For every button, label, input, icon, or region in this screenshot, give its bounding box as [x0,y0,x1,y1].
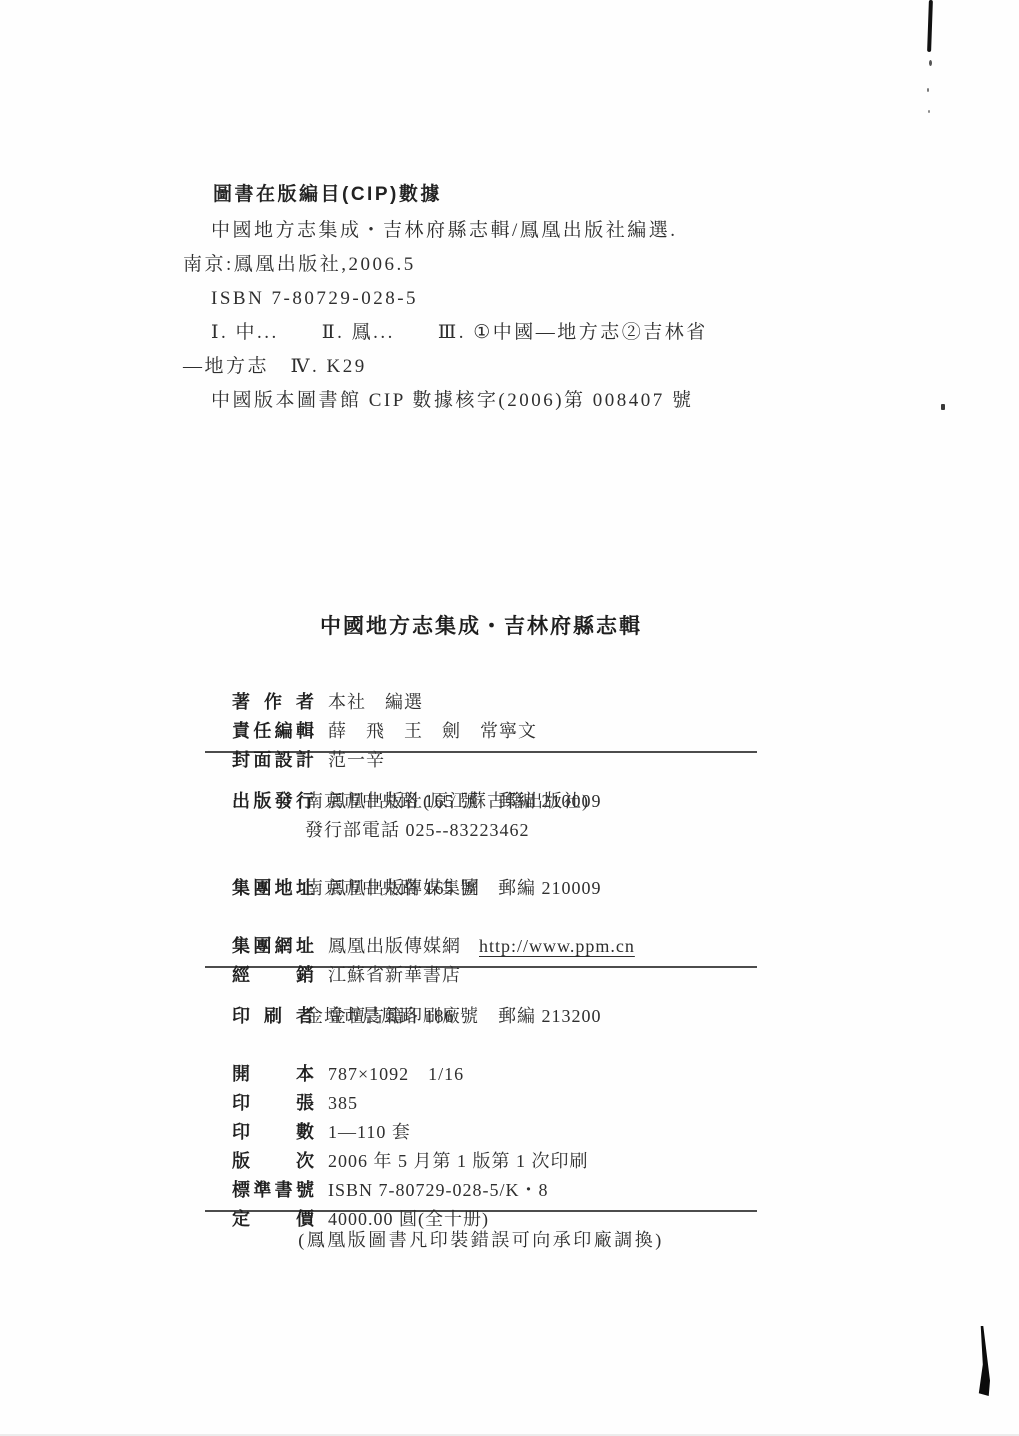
cip-line: 中國地方志集成・吉林府縣志輯/鳳凰出版社編選. [183,214,763,248]
cip-block: 圖書在版編目(CIP)數據 中國地方志集成・吉林府縣志輯/鳳凰出版社編選. 南京… [183,178,763,418]
cip-line: 南京:鳳凰出版社,2006.5 [183,248,763,282]
row-publisher-phone: 發行部電話 025--83223462 [205,816,757,845]
row-label: 開本 [232,1060,314,1089]
row-label: 集團地址 [232,874,314,903]
website-url: http://www.ppm.cn [479,936,635,956]
scan-speck [927,88,929,92]
row-group-address: 集團地址鳳凰出版傳媒集團 [205,845,757,874]
cip-classification: Ⅰ. 中... Ⅱ. 鳳... Ⅲ. ①中國—地方志②吉林省 [183,316,763,350]
scan-mark-bottom-right [974,1326,990,1396]
scan-speck [928,110,930,113]
scan-speck [941,404,945,410]
scan-mark-top-right [927,0,933,52]
cip-record-number: 中國版本圖書館 CIP 數據核字(2006)第 008407 號 [183,384,763,418]
row-label: 印刷者 [232,1002,314,1031]
cip-isbn: ISBN 7-80729-028-5 [183,282,763,316]
row-value: 787×1092 1/16 [328,1064,464,1084]
row-label: 印張 [232,1089,314,1118]
row-value: 385 [328,1093,358,1113]
row-label: 出版發行 [232,787,314,816]
row-label: 封面設計 [232,746,314,775]
row-value: 江蘇省新華書店 [328,965,461,985]
row-label: 集團網址 [232,932,314,961]
row-value: 1—110 套 [328,1122,411,1142]
row-author: 著作者本社 編選 [205,659,757,688]
row-value: 薛 飛 王 劍 常寧文 [328,721,537,741]
row-value: 范一辛 [328,750,385,770]
colophon-table: 著作者本社 編選 責任編輯薛 飛 王 劍 常寧文 封面設計范一辛 出版發行鳳凰出… [205,659,757,1217]
cip-heading: 圖書在版編目(CIP)數據 [183,178,763,212]
row-label: 標準書號 [232,1176,314,1205]
row-label: 版次 [232,1147,314,1176]
row-format: 開本787×1092 1/16 [205,1031,757,1060]
row-value: ISBN 7-80729-028-5/K・8 [328,1180,549,1200]
row-label: 著作者 [232,688,314,717]
row-value: 2006 年 5 月第 1 版第 1 次印刷 [328,1151,589,1171]
row-label: 經銷 [232,961,314,990]
row-label: 責任編輯 [232,717,314,746]
row-group-website: 集團網址鳳凰出版傳媒網http://www.ppm.cn [205,903,757,932]
misprint-exchange-note: (鳳凰版圖書凡印裝錯誤可向承印廠調換) [205,1226,757,1252]
row-value: 鳳凰出版傳媒網 [328,936,461,956]
cip-classification-cont: —地方志 Ⅳ. K29 [183,350,763,384]
scanned-colophon-page: 圖書在版編目(CIP)數據 中國地方志集成・吉林府縣志輯/鳳凰出版社編選. 南京… [0,0,1019,1436]
book-title: 中國地方志集成・吉林府縣志輯 [205,610,757,640]
row-label: 印數 [232,1118,314,1147]
row-value: 本社 編選 [328,692,423,712]
scan-speck [929,60,932,66]
